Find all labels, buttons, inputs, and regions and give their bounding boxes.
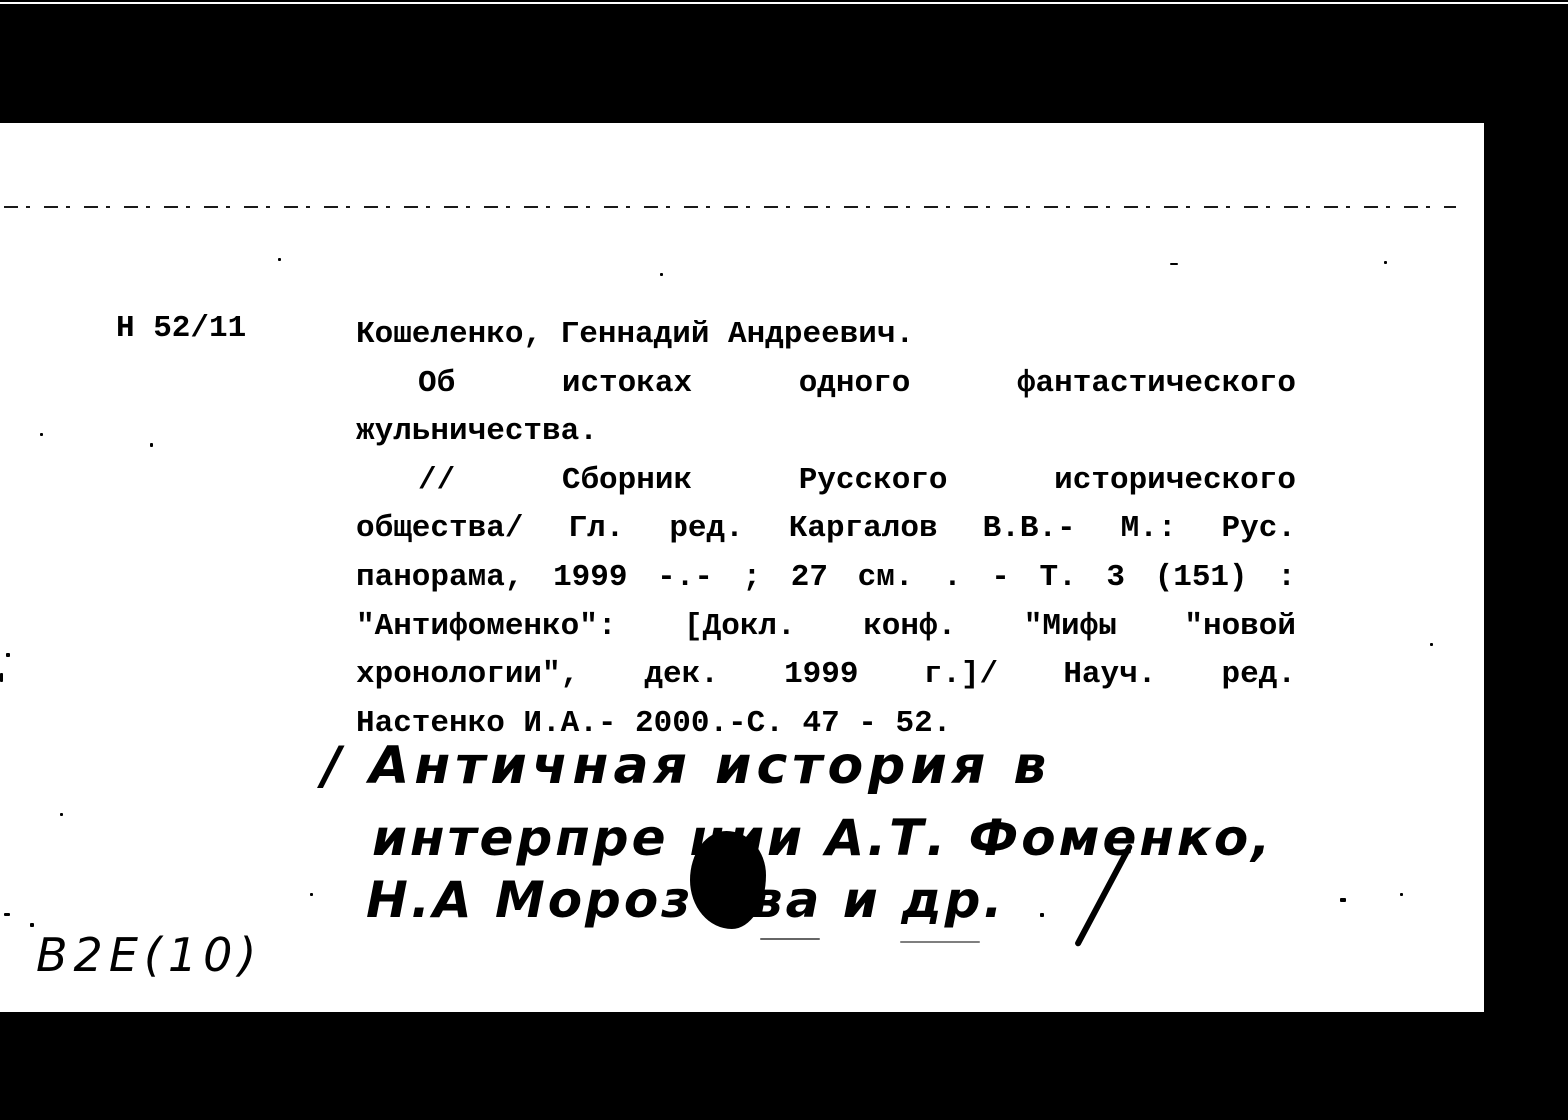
handwritten-note-line-3: Н.А Мороз ова и др. — [366, 871, 1005, 929]
scan-speck — [278, 258, 281, 261]
source-line-3: панорама, 1999 -.- ; 27 см. . - Т. 3 (15… — [356, 554, 1296, 603]
scan-speck — [1430, 643, 1433, 646]
call-number: В2Е(10) — [36, 928, 262, 982]
scan-speck — [60, 813, 63, 816]
scan-speck — [310, 893, 313, 896]
scan-speck — [760, 938, 820, 940]
title-line-1: Об истоках одного фантастического — [356, 360, 1296, 409]
scan-speck — [4, 913, 10, 916]
scan-speck — [1170, 263, 1178, 265]
source-line-4: "Антифоменко": [Докл. конф. "Мифы "новой — [356, 603, 1296, 652]
scan-speck — [1040, 913, 1044, 917]
scan-speck — [900, 941, 980, 943]
scan-speck — [0, 673, 3, 682]
source-line-2: общества/ Гл. ред. Каргалов В.В.- М.: Ру… — [356, 505, 1296, 554]
scan-top-rule — [0, 2, 1568, 4]
shelfmark: Н 52/11 — [116, 311, 246, 346]
source-line-1: // Сборник Русского исторического — [356, 457, 1296, 506]
author-line: Кошеленко, Геннадий Андреевич. — [356, 311, 1296, 360]
scan-speck — [150, 443, 153, 447]
source-line-5: хронологии", дек. 1999 г.]/ Науч. ред. — [356, 651, 1296, 700]
bibliographic-entry: Кошеленко, Геннадий Андреевич. Об истока… — [356, 311, 1296, 748]
scan-speck — [1384, 261, 1387, 264]
scan-speck — [30, 923, 34, 927]
scan-speck — [1400, 893, 1403, 896]
scan-speck — [6, 653, 10, 657]
scan-speck — [660, 273, 663, 276]
catalog-card: Н 52/11 Кошеленко, Геннадий Андреевич. О… — [0, 123, 1484, 1012]
handwritten-note-line-2: интерпре ции А.Т. Фоменко, — [372, 809, 1273, 867]
card-dashed-rule — [4, 206, 1456, 208]
handwritten-note-line-1: / Античная история в — [322, 736, 1051, 796]
title-line-2: жульничества. — [356, 408, 1296, 457]
scan-speck — [1340, 898, 1346, 902]
scan-speck — [40, 433, 43, 436]
ink-blot — [690, 831, 766, 929]
